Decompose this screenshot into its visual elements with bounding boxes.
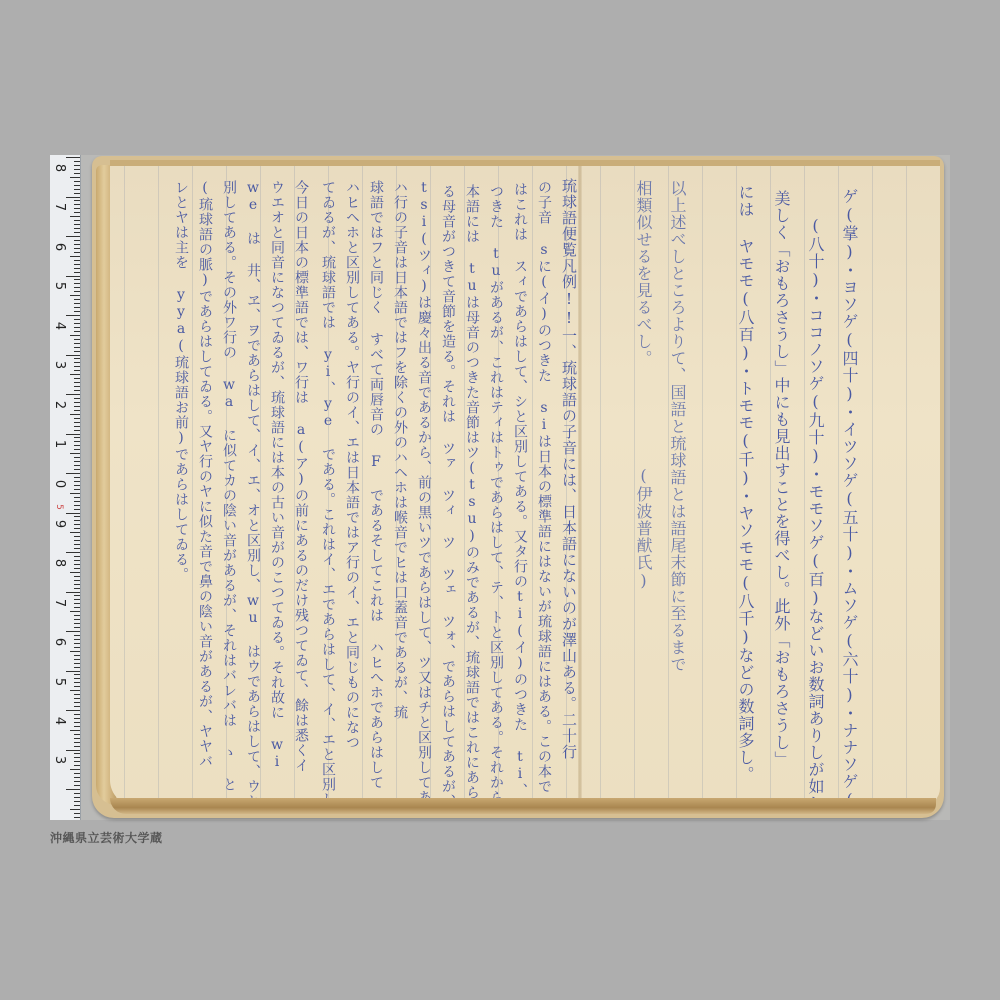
ruler-tick <box>74 801 80 802</box>
ruler-tick <box>74 505 80 506</box>
ruler-number: 4 <box>52 319 66 333</box>
ruler-tick <box>74 528 80 529</box>
ruler-tick <box>74 686 80 687</box>
left-page-column-8: ハ行の子音は日本語ではフを除くの外のハヘホは喉音でヒは口蓋音であるが、琉 <box>389 180 411 720</box>
ruler-tick <box>74 283 80 284</box>
page-rule-line <box>838 166 839 806</box>
ruler-tick <box>74 287 80 288</box>
ruler-tick <box>74 659 80 660</box>
ruler-tick <box>74 382 80 383</box>
ruler-tick <box>74 268 80 269</box>
ruler-tick <box>74 509 80 510</box>
ruler-number: 2 <box>52 398 66 412</box>
ruler-number: 5 <box>52 279 66 293</box>
ruler-tick <box>74 576 80 577</box>
ruler-tick <box>74 497 80 498</box>
ruler-tick <box>74 189 80 190</box>
ruler-tick <box>74 279 80 280</box>
ruler-tick <box>66 552 80 553</box>
page-rule-line <box>600 166 601 806</box>
ruler-tick <box>74 366 80 367</box>
ruler-number: 7 <box>52 596 66 610</box>
ruler-tick <box>74 370 80 371</box>
ruler-tick <box>74 260 80 261</box>
ruler-tick <box>66 315 80 316</box>
page-rule-line <box>566 166 567 806</box>
ruler-tick <box>74 706 80 707</box>
ruler-tick <box>74 584 80 585</box>
ruler-tick <box>74 307 80 308</box>
ruler-tick <box>66 473 80 474</box>
ruler-tick <box>74 264 80 265</box>
ruler-tick <box>74 181 80 182</box>
ruler-tick <box>74 785 80 786</box>
ruler-tick <box>66 513 80 514</box>
ruler-tick <box>74 390 80 391</box>
ruler-tick <box>74 516 80 517</box>
ruler-tick <box>66 789 80 790</box>
page-rule-line <box>430 166 431 806</box>
ruler-tick <box>74 663 80 664</box>
ruler-tick <box>74 244 80 245</box>
ruler-tick <box>74 777 80 778</box>
ruler-tick <box>74 734 80 735</box>
page-rule-line <box>396 166 397 806</box>
ruler-tick <box>74 173 80 174</box>
museum-credit-caption: 沖縄県立芸術大学蔵 <box>50 829 163 846</box>
ruler-tick <box>70 532 80 533</box>
ruler-tick <box>70 572 80 573</box>
ruler-number: 3 <box>52 753 66 767</box>
ruler-tick <box>74 445 80 446</box>
ruler-tick <box>74 311 80 312</box>
ruler-tick <box>70 256 80 257</box>
page-rule-line <box>294 166 295 806</box>
ruler-tick <box>74 643 80 644</box>
ruler-tick <box>74 698 80 699</box>
ruler-tick <box>74 682 80 683</box>
ruler-tick <box>74 714 80 715</box>
ruler-tick <box>74 240 80 241</box>
ruler-tick <box>74 193 80 194</box>
ruler-tick <box>74 580 80 581</box>
ruler-tick <box>70 651 80 652</box>
ruler-tick <box>74 627 80 628</box>
ruler-number: 5 <box>52 675 66 689</box>
ruler-tick <box>74 461 80 462</box>
ruler-tick <box>74 702 80 703</box>
right-page-column-1: ゲ(掌)・ヨソゲ(四十)・イツソゲ(五十)・ムソゲ(六十)・ナナソゲ(七十)・ヤ… <box>836 188 862 806</box>
ruler-tick <box>74 757 80 758</box>
ruler-tick <box>74 327 80 328</box>
ruler-tick <box>70 177 80 178</box>
ruler-tick <box>74 761 80 762</box>
left-page-column-15: 別してある。その外ワ行の wa に似てカの陰い音があるが、それはバレバは ゝ と <box>218 180 240 792</box>
ruler-tick <box>74 418 80 419</box>
ruler-number: 9 <box>52 517 66 531</box>
page-rule-line <box>498 166 499 806</box>
ruler-tick <box>74 805 80 806</box>
ruler-tick <box>70 414 80 415</box>
right-page-column-3: 美しく「おもろさうし」中にも見出すことを得べし。此外「おもろさうし」 <box>768 190 794 768</box>
ruler-tick <box>74 347 80 348</box>
ruler-tick <box>74 422 80 423</box>
ruler-tick <box>74 362 80 363</box>
ruler-tick <box>70 493 80 494</box>
ruler-tick <box>74 655 80 656</box>
ruler-tick <box>66 236 80 237</box>
ruler-tick <box>66 671 80 672</box>
ruler-tick <box>74 564 80 565</box>
ruler-tick <box>70 335 80 336</box>
page-rule-line <box>124 166 125 806</box>
ruler-tick <box>74 319 80 320</box>
ruler-tick <box>74 465 80 466</box>
page-rule-line <box>770 166 771 806</box>
ruler-number: 7 <box>52 200 66 214</box>
left-page-column-10: ハヒヘホと区別してある。ヤ行のイ、エは日本語ではア行のイ、エと同じものになつ <box>341 180 363 750</box>
ruler-number: 8 <box>52 161 66 175</box>
ruler-tick <box>74 765 80 766</box>
ruler-tick <box>74 501 80 502</box>
ruler-tick <box>74 599 80 600</box>
ruler-tick <box>74 524 80 525</box>
ruler-number: 1 <box>52 437 66 451</box>
ruler-tick <box>74 402 80 403</box>
left-page-column-2: の子音 sに(イ)のつきた siは日本の標準語にはないが琉球語にはある。この本で <box>533 180 555 794</box>
ruler-tick <box>74 489 80 490</box>
ruler-tick <box>74 457 80 458</box>
ruler-tick <box>74 595 80 596</box>
ruler-tick <box>74 185 80 186</box>
ruler-tick <box>74 674 80 675</box>
ruler-tick <box>74 548 80 549</box>
ruler-tick <box>74 343 80 344</box>
ruler-tick <box>70 216 80 217</box>
ruler-tick <box>74 351 80 352</box>
ruler-tick <box>70 611 80 612</box>
right-page-column-2: (八十)・ココノソゲ(九十)・モモソゲ(百)などいお数詞ありしが如し。又は <box>802 216 828 806</box>
ruler-tick <box>70 374 80 375</box>
ruler-tick <box>74 272 80 273</box>
ruler-tick <box>74 437 80 438</box>
ruler-tick <box>74 615 80 616</box>
ruler-tick <box>74 742 80 743</box>
page-rule-line <box>532 166 533 806</box>
ruler-tick <box>74 410 80 411</box>
notebook-bottom-edge <box>110 798 936 814</box>
page-rule-line <box>872 166 873 806</box>
ruler-tick <box>74 560 80 561</box>
ruler-tick <box>70 809 80 810</box>
ruler-tick <box>66 197 80 198</box>
page-rule-line <box>260 166 261 806</box>
ruler-tick <box>66 750 80 751</box>
ruler-tick <box>74 746 80 747</box>
ruler-number: 4 <box>52 714 66 728</box>
ruler-tick <box>66 276 80 277</box>
ruler-tick <box>74 603 80 604</box>
ruler-tick <box>74 224 80 225</box>
left-page-column-1: 琉球語便覧凡例!!一、琉球語の子音には、日本語にないのが澤山ある。二十行 <box>557 178 581 760</box>
ruler-tick <box>74 485 80 486</box>
ruler-tick <box>74 469 80 470</box>
ruler-number: 6 <box>52 240 66 254</box>
ruler-tick <box>74 232 80 233</box>
ruler-tick <box>74 426 80 427</box>
ruler-tick <box>66 710 80 711</box>
ruler-tick <box>74 299 80 300</box>
ruler-tick <box>74 200 80 201</box>
ruler-tick <box>74 449 80 450</box>
ruler-number: 5 <box>52 500 66 514</box>
measuring-ruler: 87654321059876543 <box>50 155 81 820</box>
left-page-column-9: 球語ではフと同じく すべて両唇音の F であるそしてこれは ハヒへホであらはして <box>365 180 387 790</box>
page-rule-line <box>702 166 703 806</box>
ruler-tick <box>70 295 80 296</box>
left-page-column-16: (琉球語の脈)であらはしてゐる。又ヤ行のヤに似た音で鼻の陰い音があるが、ヤヤバ <box>194 180 216 769</box>
page-rule-line <box>668 166 669 806</box>
ruler-tick <box>74 623 80 624</box>
ruler-tick <box>74 694 80 695</box>
ruler-tick <box>74 323 80 324</box>
ruler-tick <box>74 212 80 213</box>
page-rule-line <box>634 166 635 806</box>
ruler-tick <box>74 430 80 431</box>
notebook-spread: ゲ(掌)・ヨソゲ(四十)・イツソゲ(五十)・ムソゲ(六十)・ナナソゲ(七十)・ヤ… <box>110 160 940 806</box>
ruler-tick <box>74 667 80 668</box>
ruler-tick <box>74 165 80 166</box>
ruler-number: 0 <box>52 477 66 491</box>
left-page-column-17: レとヤは主を yya(琉球語お前)であらはしてゐる。 <box>170 180 192 582</box>
page-rule-line <box>736 166 737 806</box>
ruler-tick <box>74 635 80 636</box>
ruler-tick <box>74 398 80 399</box>
ruler-tick <box>74 738 80 739</box>
ruler-tick <box>74 220 80 221</box>
ruler-tick <box>74 556 80 557</box>
ruler-tick <box>70 690 80 691</box>
ruler-tick <box>74 647 80 648</box>
ruler-number: 8 <box>52 556 66 570</box>
ruler-tick <box>74 339 80 340</box>
ruler-tick <box>74 781 80 782</box>
left-page-column-13: ウエオと同音になつてゐるが、琉球語には本の古い音がのこつてゐる。それ故に wi <box>266 180 288 771</box>
ruler-tick <box>66 355 80 356</box>
page-rule-line <box>906 166 907 806</box>
ruler-tick <box>74 520 80 521</box>
left-page-column-4: つきた tuがあるが、これはティはトゥであらはして、テ、トと区別してある。それか… <box>485 184 507 806</box>
ruler-tick <box>74 568 80 569</box>
ruler-tick <box>74 358 80 359</box>
ruler-tick <box>74 481 80 482</box>
left-page-column-3: はこれは スィであらはして、シと区別してある。又タ行のti(イ)のつきた ti、… <box>509 182 531 806</box>
ruler-tick <box>74 722 80 723</box>
ruler-tick <box>74 536 80 537</box>
ruler-tick <box>74 639 80 640</box>
ruler-tick <box>74 793 80 794</box>
page-rule-line <box>328 166 329 806</box>
ruler-tick <box>74 252 80 253</box>
ruler-number: 6 <box>52 635 66 649</box>
ruler-number: 3 <box>52 358 66 372</box>
ruler-tick <box>74 678 80 679</box>
ruler-tick <box>74 378 80 379</box>
ruler-tick <box>66 434 80 435</box>
ruler-tick <box>74 540 80 541</box>
page-rule-line <box>226 166 227 806</box>
ruler-tick <box>74 169 80 170</box>
ruler-tick <box>74 544 80 545</box>
ruler-tick <box>74 208 80 209</box>
ruler-tick <box>66 157 80 158</box>
ruler-tick <box>74 607 80 608</box>
ruler-tick <box>74 406 80 407</box>
ruler-tick <box>74 441 80 442</box>
left-page-column-6: る母音がつきて音節を造る。それは ツァ ツィ ツ ツェ ツォ、であらはしてあるが… <box>437 184 459 806</box>
ruler-tick <box>66 631 80 632</box>
ruler-tick <box>74 303 80 304</box>
ruler-tick <box>74 718 80 719</box>
ruler-tick <box>74 204 80 205</box>
ruler-tick <box>74 773 80 774</box>
left-page-column-7: tsi(ツィ)は慶々出る音であるから、前の黒いツであらはして、ツ又はチと区別して… <box>413 180 435 806</box>
ruler-tick <box>74 477 80 478</box>
ruler-tick <box>74 619 80 620</box>
ruler-tick <box>74 753 80 754</box>
ruler-tick <box>74 726 80 727</box>
ruler-tick <box>66 394 80 395</box>
ruler-tick <box>74 813 80 814</box>
page-rule-line <box>158 166 159 806</box>
page-rule-line <box>362 166 363 806</box>
page-rule-line <box>192 166 193 806</box>
ruler-tick <box>74 331 80 332</box>
ruler-tick <box>74 248 80 249</box>
page-rule-line <box>464 166 465 806</box>
ruler-tick <box>74 817 80 818</box>
ruler-tick <box>66 592 80 593</box>
page-rule-line <box>804 166 805 806</box>
ruler-tick <box>74 161 80 162</box>
ruler-tick <box>74 291 80 292</box>
ruler-tick <box>74 797 80 798</box>
ruler-tick <box>70 730 80 731</box>
ruler-tick <box>74 228 80 229</box>
ruler-tick <box>74 588 80 589</box>
ruler-tick <box>74 386 80 387</box>
ruler-tick <box>70 769 80 770</box>
ruler-tick <box>70 453 80 454</box>
